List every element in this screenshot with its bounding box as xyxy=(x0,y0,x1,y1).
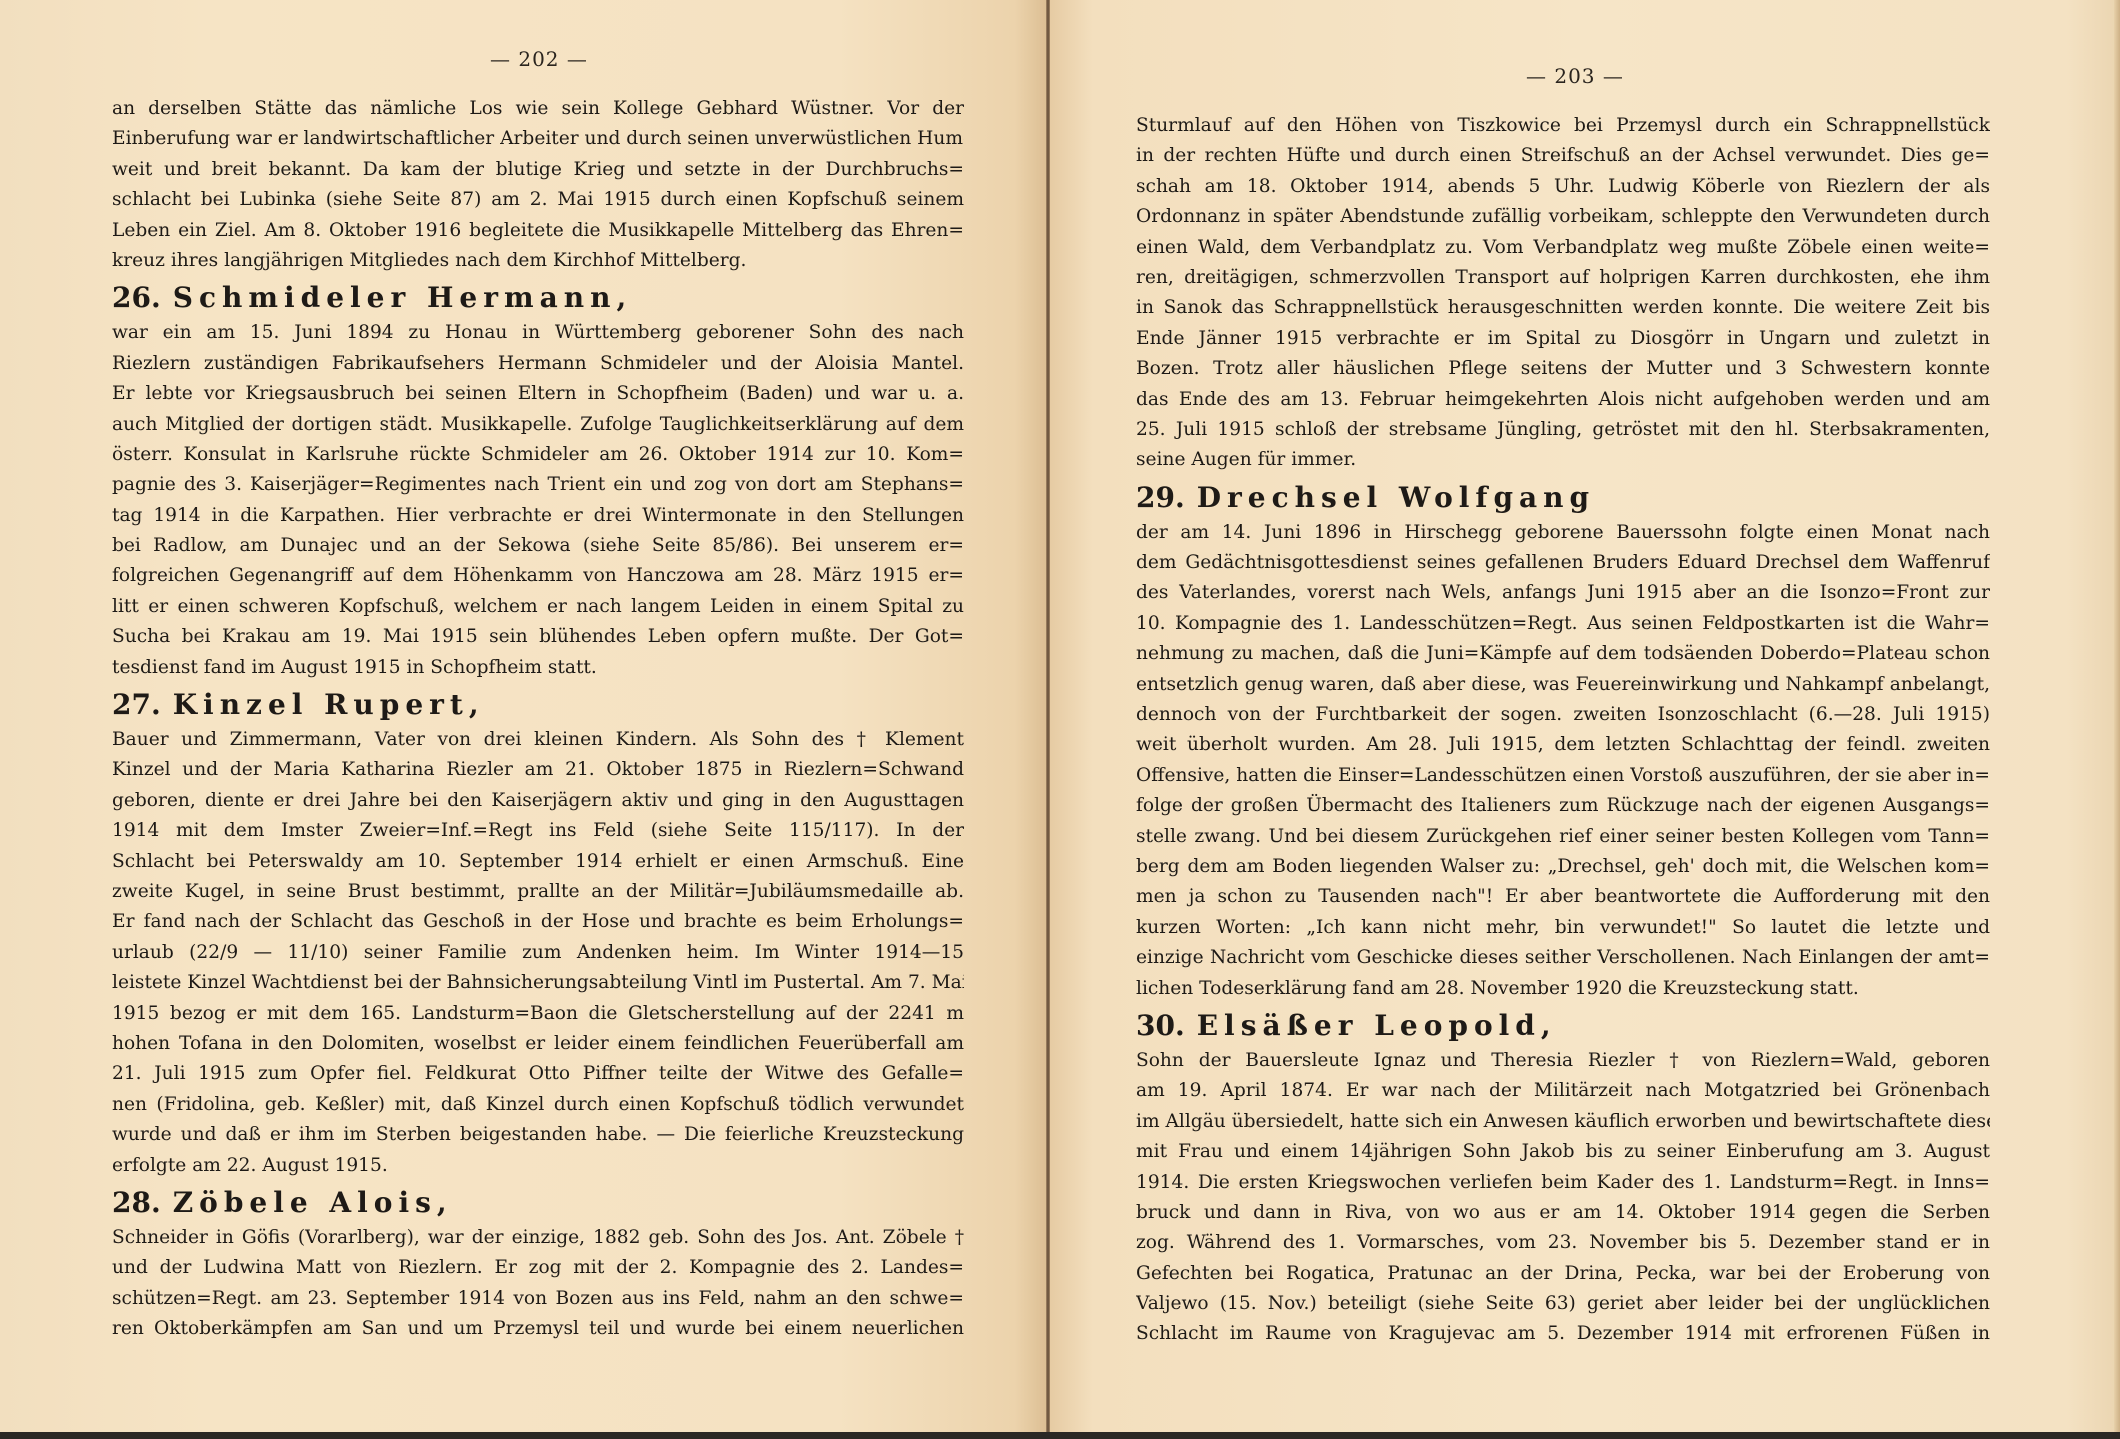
text-line: berg dem am Boden liegenden Walser zu: „… xyxy=(1136,852,1990,882)
entry-number: 30. xyxy=(1136,1009,1185,1042)
text-line: Er fand nach der Schlacht das Geschoß in… xyxy=(112,907,964,937)
text-line: in der rechten Hüfte und durch einen Str… xyxy=(1136,141,1990,171)
text-line: Leben ein Ziel. Am 8. Oktober 1916 begle… xyxy=(112,216,964,246)
text-line: der am 14. Juni 1896 in Hirschegg gebore… xyxy=(1136,518,1990,548)
text-line: 1915 bezog er mit dem 165. Landsturm=Bao… xyxy=(112,999,964,1029)
text-line: Kinzel und der Maria Katharina Riezler a… xyxy=(112,755,964,785)
right-page-text: Sturmlauf auf den Höhen von Tiszkowice b… xyxy=(1136,111,1990,1350)
text-line: nehmung zu machen, daß die Juni=Kämpfe a… xyxy=(1136,639,1990,669)
text-line: bruck und dann in Riva, von wo aus er am… xyxy=(1136,1198,1990,1228)
text-line: weit überholt wurden. Am 28. Juli 1915, … xyxy=(1136,730,1990,760)
entry-name: Drechsel Wolfgang xyxy=(1197,481,1595,514)
table-surface xyxy=(0,1432,2120,1439)
text-line: 1914 mit dem Imster Zweier=Inf.=Regt ins… xyxy=(112,816,964,846)
text-line: Sohn der Bauersleute Ignaz und Theresia … xyxy=(1136,1046,1990,1076)
text-line: tag 1914 in die Karpathen. Hier verbrach… xyxy=(112,501,964,531)
text-line: war ein am 15. Juni 1894 zu Honau in Wür… xyxy=(112,318,964,348)
text-line: dem Gedächtnisgottesdienst seines gefall… xyxy=(1136,548,1990,578)
text-line: des Vaterlandes, vorerst nach Wels, anfa… xyxy=(1136,578,1990,608)
entry-name: Zöbele Alois, xyxy=(173,1186,453,1219)
entry-heading-28: 28.Zöbele Alois, xyxy=(112,1183,964,1223)
text-line: Schlacht im Raume von Kragujevac am 5. D… xyxy=(1136,1319,1990,1349)
text-line: wurde und daß er ihm im Sterben beigesta… xyxy=(112,1120,964,1150)
text-line: einzige Nachricht vom Geschicke dieses s… xyxy=(1136,943,1990,973)
text-line: schützen=Regt. am 23. September 1914 von… xyxy=(112,1284,964,1314)
text-line: 10. Kompagnie des 1. Landesschützen=Regt… xyxy=(1136,609,1990,639)
text-line: Schlacht bei Peterswaldy am 10. Septembe… xyxy=(112,847,964,877)
entry-name: Schmideler Hermann, xyxy=(173,281,633,314)
text-line: urlaub (22/9 — 11/10) seiner Familie zum… xyxy=(112,938,964,968)
text-line: kurzen Worten: „Ich kann nicht mehr, bin… xyxy=(1136,913,1990,943)
text-line: an derselben Stätte das nämliche Los wie… xyxy=(112,94,964,124)
text-line: und der Ludwina Matt von Riezlern. Er zo… xyxy=(112,1253,964,1283)
text-line: auch Mitglied der dortigen städt. Musikk… xyxy=(112,410,964,440)
page-number-right: — 203 — xyxy=(1526,64,1624,88)
entry-heading-29: 29.Drechsel Wolfgang xyxy=(1136,478,1990,518)
text-line: weit und breit bekannt. Da kam der bluti… xyxy=(112,155,964,185)
text-line: men ja schon zu Tausenden nach"! Er aber… xyxy=(1136,882,1990,912)
text-line: nen (Fridolina, geb. Keßler) mit, daß Ki… xyxy=(112,1090,964,1120)
text-line: in Sanok das Schrappnellstück herausgesc… xyxy=(1136,293,1990,323)
text-line: das Ende des am 13. Februar heimgekehrte… xyxy=(1136,385,1990,415)
text-line: litt er einen schweren Kopfschuß, welche… xyxy=(112,592,964,622)
text-line: Gefechten bei Rogatica, Pratunac an der … xyxy=(1136,1259,1990,1289)
entry-number: 27. xyxy=(112,688,161,721)
text-line: am 19. April 1874. Er war nach der Milit… xyxy=(1136,1076,1990,1106)
text-line: mit Frau und einem 14jährigen Sohn Jakob… xyxy=(1136,1137,1990,1167)
entry-number: 29. xyxy=(1136,481,1185,514)
text-line: Ende Jänner 1915 verbrachte er im Spital… xyxy=(1136,324,1990,354)
text-line: stelle zwang. Und bei diesem Zurückgehen… xyxy=(1136,822,1990,852)
text-line: Bozen. Trotz aller häuslichen Pflege sei… xyxy=(1136,354,1990,384)
left-page: — 202 — an derselben Stätte das nämliche… xyxy=(0,0,1046,1432)
text-line: zweite Kugel, in seine Brust bestimmt, p… xyxy=(112,877,964,907)
text-line: Sturmlauf auf den Höhen von Tiszkowice b… xyxy=(1136,111,1990,141)
text-line: geboren, diente er drei Jahre bei den Ka… xyxy=(112,786,964,816)
entry-number: 26. xyxy=(112,281,161,314)
text-line: einen Wald, dem Verbandplatz zu. Vom Ver… xyxy=(1136,233,1990,263)
text-line: schlacht bei Lubinka (siehe Seite 87) am… xyxy=(112,185,964,215)
text-line: kreuz ihres langjährigen Mitgliedes nach… xyxy=(112,246,964,276)
text-line: österr. Konsulat in Karlsruhe rückte Sch… xyxy=(112,440,964,470)
text-line: hohen Tofana in den Dolomiten, woselbst … xyxy=(112,1029,964,1059)
page-edge xyxy=(2114,0,2120,1432)
text-line: zog. Während des 1. Vormarsches, vom 23.… xyxy=(1136,1228,1990,1258)
text-line: ren, dreitägigen, schmerzvollen Transpor… xyxy=(1136,263,1990,293)
text-line: erfolgte am 22. August 1915. xyxy=(112,1151,964,1181)
text-line: pagnie des 3. Kaiserjäger=Regimentes nac… xyxy=(112,470,964,500)
text-line: 1914. Die ersten Kriegswochen verliefen … xyxy=(1136,1168,1990,1198)
text-line: Er lebte vor Kriegsausbruch bei seinen E… xyxy=(112,379,964,409)
left-page-text: an derselben Stätte das nämliche Los wie… xyxy=(112,94,964,1344)
text-line: 25. Juli 1915 schloß der strebsame Jüngl… xyxy=(1136,415,1990,445)
text-line: folgreichen Gegenangriff auf dem Höhenka… xyxy=(112,561,964,591)
text-line: leistete Kinzel Wachtdienst bei der Bahn… xyxy=(112,968,964,998)
text-line: 21. Juli 1915 zum Opfer fiel. Feldkurat … xyxy=(112,1059,964,1089)
text-line: ren Oktoberkämpfen am San und um Przemys… xyxy=(112,1314,964,1344)
text-line: Riezlern zuständigen Fabrikaufsehers Her… xyxy=(112,349,964,379)
entry-name: Kinzel Rupert, xyxy=(173,688,485,721)
text-line: Schneider in Göfis (Vorarlberg), war der… xyxy=(112,1223,964,1253)
text-line: folge der großen Übermacht des Italiener… xyxy=(1136,791,1990,821)
text-line: Sucha bei Krakau am 19. Mai 1915 sein bl… xyxy=(112,622,964,652)
text-line: Valjewo (15. Nov.) beteiligt (siehe Seit… xyxy=(1136,1289,1990,1319)
entry-name: Elsäßer Leopold, xyxy=(1197,1009,1557,1042)
text-line: Einberufung war er landwirtschaftlicher … xyxy=(112,124,964,154)
text-line: Ordonnanz in später Abendstunde zufällig… xyxy=(1136,202,1990,232)
text-line: lichen Todeserklärung fand am 28. Novemb… xyxy=(1136,974,1990,1004)
text-line: schah am 18. Oktober 1914, abends 5 Uhr.… xyxy=(1136,172,1990,202)
text-line: bei Radlow, am Dunajec und an der Sekowa… xyxy=(112,531,964,561)
text-line: Bauer und Zimmermann, Vater von drei kle… xyxy=(112,725,964,755)
text-line: dennoch von der Furchtbarkeit der sogen.… xyxy=(1136,700,1990,730)
text-line: seine Augen für immer. xyxy=(1136,445,1990,475)
entry-heading-30: 30.Elsäßer Leopold, xyxy=(1136,1006,1990,1046)
entry-heading-27: 27.Kinzel Rupert, xyxy=(112,685,964,725)
text-line: im Allgäu übersiedelt, hatte sich ein An… xyxy=(1136,1107,1990,1137)
text-line: entsetzlich genug waren, daß aber diese,… xyxy=(1136,670,1990,700)
text-line: tesdienst fand im August 1915 in Schopfh… xyxy=(112,653,964,683)
page-number-left: — 202 — xyxy=(490,47,588,71)
text-line: Offensive, hatten die Einser=Landesschüt… xyxy=(1136,761,1990,791)
entry-number: 28. xyxy=(112,1186,161,1219)
entry-heading-26: 26.Schmideler Hermann, xyxy=(112,278,964,318)
